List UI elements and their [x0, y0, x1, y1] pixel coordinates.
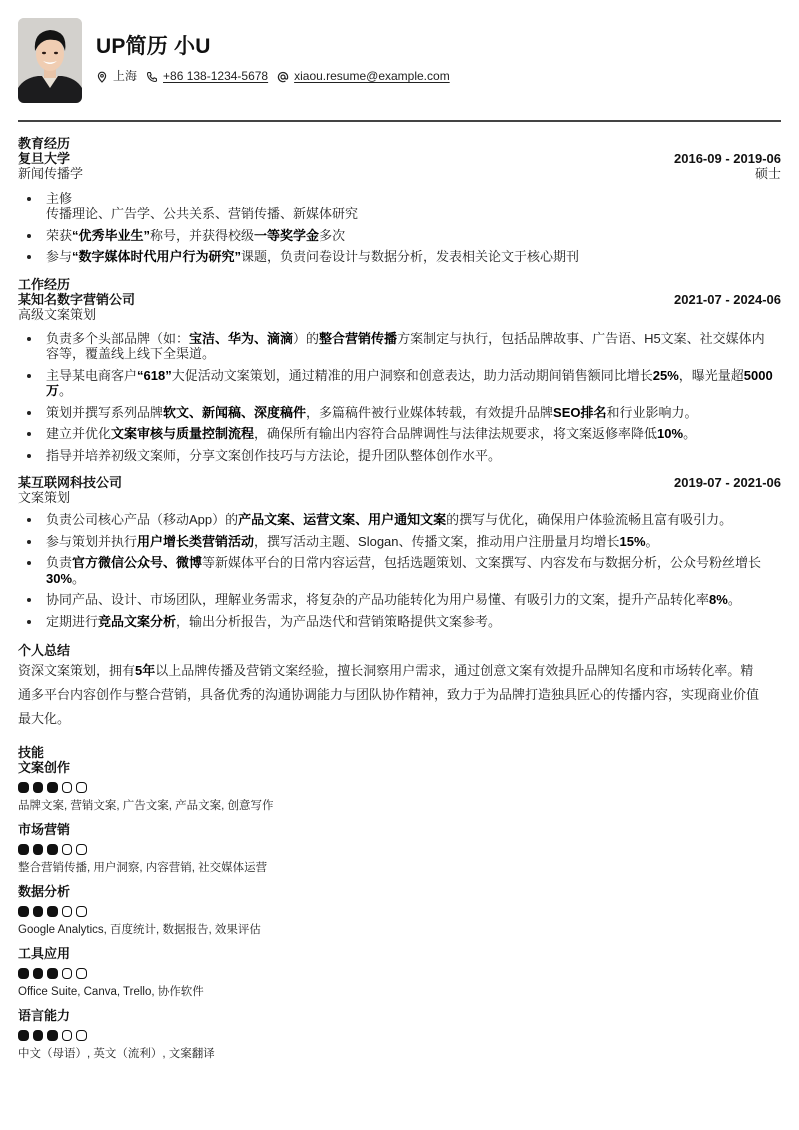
- skill-name: 市场营销: [18, 822, 781, 838]
- degree: 硕士: [755, 166, 781, 181]
- text-run: ，确保所有输出内容符合品牌调性与法律法规要求，将文案返修率降低: [254, 426, 657, 441]
- filled-dot-icon: [18, 1030, 29, 1041]
- text-run: 指导并培养初级文案师，分享文案创作技巧与方法论，提升团队整体创作水平。: [46, 448, 501, 463]
- text-run: ，曝光量超: [679, 368, 744, 383]
- emphasis-text: 8%: [709, 592, 728, 607]
- empty-dot-icon: [62, 782, 73, 793]
- empty-dot-icon: [62, 844, 73, 855]
- filled-dot-icon: [18, 844, 29, 855]
- filled-dot-icon: [33, 1030, 44, 1041]
- empty-dot-icon: [76, 968, 87, 979]
- work-section: 工作经历 某知名数字营销公司 2021-07 - 2024-06 高级文案策划 …: [18, 277, 781, 630]
- contact-email: xiaou.resume@example.com: [277, 69, 450, 85]
- work-dates: 2019-07 - 2021-06: [674, 475, 781, 490]
- text-run: 策划并撰写系列品牌: [46, 405, 163, 420]
- company-name: 某互联网科技公司: [18, 475, 122, 490]
- text-run: 的撰写与优化，确保用户体验流畅且富有吸引力。: [446, 512, 732, 527]
- section-title-education: 教育经历: [18, 136, 781, 151]
- text-run: 多次: [319, 228, 345, 243]
- work-bullets: 负责公司核心产品（移动App）的产品文案、运营文案、用户通知文案的撰写与优化，确…: [18, 512, 781, 629]
- contact-phone: +86 138-1234-5678: [146, 69, 268, 85]
- filled-dot-icon: [33, 968, 44, 979]
- contact-list: 上海 +86 138-1234-5678 xiaou.resume@exampl…: [96, 69, 459, 85]
- text-run: 荣获: [46, 228, 72, 243]
- summary-text: 资深文案策划，拥有5年以上品牌传播及营销文案经验，擅长洞察用户需求，通过创意文案…: [18, 659, 781, 731]
- work-bullets: 负责多个头部品牌（如：宝洁、华为、滴滴）的整合营销传播方案制定与执行，包括品牌故…: [18, 331, 781, 464]
- text-run: 。: [728, 592, 741, 607]
- header-divider: [18, 120, 781, 122]
- skill-keywords: 整合营销传播, 用户洞察, 内容营销, 社交媒体运营: [18, 861, 781, 875]
- phone-link[interactable]: +86 138-1234-5678: [163, 69, 268, 85]
- text-run: 称号，并获得校级: [150, 228, 254, 243]
- education-bullets: 主修传播理论、广告学、公共关系、营销传播、新媒体研究荣获“优秀毕业生”称号，并获…: [18, 191, 781, 265]
- skill-item: 文案创作品牌文案, 营销文案, 广告文案, 产品文案, 创意写作: [18, 760, 781, 813]
- candidate-name: UP简历 小U: [96, 34, 459, 60]
- work-entry: 某知名数字营销公司 2021-07 - 2024-06 高级文案策划 负责多个头…: [18, 292, 781, 464]
- filled-dot-icon: [18, 968, 29, 979]
- text-run: 主导某电商客户: [46, 368, 137, 383]
- text-run: 等新媒体平台的日常内容运营，包括选题策划、文案撰写、内容发布与数据分析，公众号粉…: [202, 555, 761, 570]
- education-entry: 复旦大学 2016-09 - 2019-06 新闻传播学 硕士 主修传播理论、广…: [18, 151, 781, 265]
- filled-dot-icon: [47, 782, 58, 793]
- text-run: 。: [683, 426, 696, 441]
- emphasis-text: 25%: [653, 368, 679, 383]
- contact-location: 上海: [96, 69, 137, 85]
- skill-keywords: 品牌文案, 营销文案, 广告文案, 产品文案, 创意写作: [18, 799, 781, 813]
- skill-item: 语言能力中文（母语）, 英文（流利）, 文案翻译: [18, 1008, 781, 1061]
- bullet-item: 指导并培养初级文案师，分享文案创作技巧与方法论，提升团队整体创作水平。: [18, 448, 781, 464]
- skill-keywords: 中文（母语）, 英文（流利）, 文案翻译: [18, 1047, 781, 1061]
- bullet-item: 荣获“优秀毕业生”称号，并获得校级一等奖学金多次: [18, 228, 781, 244]
- skill-item: 数据分析Google Analytics, 百度统计, 数据报告, 效果评估: [18, 884, 781, 937]
- bullet-item: 负责多个头部品牌（如：宝洁、华为、滴滴）的整合营销传播方案制定与执行，包括品牌故…: [18, 331, 781, 362]
- section-title-skills: 技能: [18, 745, 781, 760]
- text-run: 资深文案策划，拥有: [18, 663, 135, 678]
- emphasis-text: 整合营销传播: [319, 331, 397, 346]
- text-run: 负责: [46, 555, 72, 570]
- skill-keywords: Google Analytics, 百度统计, 数据报告, 效果评估: [18, 923, 781, 937]
- filled-dot-icon: [47, 844, 58, 855]
- empty-dot-icon: [62, 1030, 73, 1041]
- education-dates: 2016-09 - 2019-06: [674, 151, 781, 166]
- emphasis-text: 一等奖学金: [254, 228, 319, 243]
- bullet-detail: 传播理论、广告学、公共关系、营销传播、新媒体研究: [46, 206, 358, 221]
- avatar: [18, 18, 82, 103]
- emphasis-text: “优秀毕业生”: [72, 228, 150, 243]
- empty-dot-icon: [76, 1030, 87, 1041]
- skill-name: 文案创作: [18, 760, 781, 776]
- avatar-photo-icon: [18, 18, 82, 103]
- text-run: 负责公司核心产品（移动App）的: [46, 512, 238, 527]
- bullet-item: 主导某电商客户“618”大促活动文案策划，通过精准的用户洞察和创意表达，助力活动…: [18, 368, 781, 399]
- emphasis-text: 宝洁、华为、滴滴: [189, 331, 293, 346]
- text-run: 主修: [46, 191, 72, 206]
- emphasis-text: “618”: [137, 368, 172, 383]
- text-run: 参与: [46, 249, 72, 264]
- text-run: ，撰写活动主题、Slogan、传播文案，推动用户注册量月均增长: [254, 534, 619, 549]
- text-run: 。: [59, 383, 72, 398]
- emphasis-text: 10%: [657, 426, 683, 441]
- text-run: 协同产品、设计、市场团队，理解业务需求，将复杂的产品功能转化为用户易懂、有吸引力…: [46, 592, 709, 607]
- text-run: 负责多个头部品牌（如：: [46, 331, 189, 346]
- filled-dot-icon: [47, 968, 58, 979]
- empty-dot-icon: [62, 906, 73, 917]
- filled-dot-icon: [33, 844, 44, 855]
- at-sign-icon: [277, 71, 289, 83]
- skill-item: 市场营销整合营销传播, 用户洞察, 内容营销, 社交媒体运营: [18, 822, 781, 875]
- skill-level-rating: [18, 968, 781, 979]
- skill-level-rating: [18, 782, 781, 793]
- text-run: 参与策划并执行: [46, 534, 137, 549]
- email-link[interactable]: xiaou.resume@example.com: [294, 69, 450, 85]
- emphasis-text: “数字媒体时代用户行为研究”: [72, 249, 241, 264]
- work-dates: 2021-07 - 2024-06: [674, 292, 781, 307]
- filled-dot-icon: [47, 1030, 58, 1041]
- empty-dot-icon: [76, 782, 87, 793]
- emphasis-text: 产品文案、运营文案、用户通知文案: [238, 512, 446, 527]
- section-title-summary: 个人总结: [18, 643, 781, 658]
- map-pin-icon: [96, 71, 108, 83]
- skills-list: 文案创作品牌文案, 营销文案, 广告文案, 产品文案, 创意写作市场营销整合营销…: [18, 760, 781, 1061]
- bullet-item: 负责官方微信公众号、微博等新媒体平台的日常内容运营，包括选题策划、文案撰写、内容…: [18, 555, 781, 586]
- skill-name: 语言能力: [18, 1008, 781, 1024]
- skill-name: 数据分析: [18, 884, 781, 900]
- filled-dot-icon: [18, 906, 29, 917]
- text-run: 。: [646, 534, 659, 549]
- text-run: 定期进行: [46, 614, 98, 629]
- emphasis-text: 用户增长类营销活动: [137, 534, 254, 549]
- skill-level-rating: [18, 844, 781, 855]
- emphasis-text: 官方微信公众号、微博: [72, 555, 202, 570]
- bullet-item: 协同产品、设计、市场团队，理解业务需求，将复杂的产品功能转化为用户易懂、有吸引力…: [18, 592, 781, 608]
- education-section: 教育经历 复旦大学 2016-09 - 2019-06 新闻传播学 硕士 主修传…: [18, 136, 781, 265]
- emphasis-text: 15%: [620, 534, 646, 549]
- school-name: 复旦大学: [18, 151, 70, 166]
- emphasis-text: 文案审核与质量控制流程: [111, 426, 254, 441]
- skill-level-rating: [18, 906, 781, 917]
- phone-icon: [146, 71, 158, 83]
- resume-page: UP简历 小U 上海 +86 138-1234-5678: [0, 0, 799, 1061]
- text-run: 课题，负责问卷设计与数据分析，发表相关论文于核心期刊: [241, 249, 579, 264]
- major: 新闻传播学: [18, 166, 83, 181]
- text-run: 。: [72, 571, 85, 586]
- job-role: 高级文案策划: [18, 307, 781, 322]
- summary-section: 个人总结 资深文案策划，拥有5年以上品牌传播及营销文案经验，擅长洞察用户需求，通…: [18, 643, 781, 731]
- bullet-item: 主修传播理论、广告学、公共关系、营销传播、新媒体研究: [18, 191, 781, 222]
- empty-dot-icon: [62, 968, 73, 979]
- bullet-item: 定期进行竞品文案分析，输出分析报告，为产品迭代和营销策略提供文案参考。: [18, 614, 781, 630]
- empty-dot-icon: [76, 906, 87, 917]
- filled-dot-icon: [33, 782, 44, 793]
- bullet-item: 建立并优化文案审核与质量控制流程，确保所有输出内容符合品牌调性与法律法规要求，将…: [18, 426, 781, 442]
- filled-dot-icon: [18, 782, 29, 793]
- skill-level-rating: [18, 1030, 781, 1041]
- emphasis-text: SEO排名: [553, 405, 606, 420]
- bullet-item: 负责公司核心产品（移动App）的产品文案、运营文案、用户通知文案的撰写与优化，确…: [18, 512, 781, 528]
- emphasis-text: 软文、新闻稿、深度稿件: [163, 405, 306, 420]
- section-title-work: 工作经历: [18, 277, 781, 292]
- emphasis-text: 5年: [135, 663, 155, 678]
- header-info: UP简历 小U 上海 +86 138-1234-5678: [96, 18, 459, 85]
- emphasis-text: 竞品文案分析: [98, 614, 176, 629]
- text-run: ）的: [293, 331, 319, 346]
- text-run: ，多篇稿件被行业媒体转载，有效提升品牌: [306, 405, 553, 420]
- work-entry: 某互联网科技公司 2019-07 - 2021-06 文案策划 负责公司核心产品…: [18, 475, 781, 629]
- text-run: 建立并优化: [46, 426, 111, 441]
- filled-dot-icon: [33, 906, 44, 917]
- text-run: ，输出分析报告，为产品迭代和营销策略提供文案参考。: [176, 614, 501, 629]
- skill-name: 工具应用: [18, 946, 781, 962]
- skills-section: 技能 文案创作品牌文案, 营销文案, 广告文案, 产品文案, 创意写作市场营销整…: [18, 745, 781, 1061]
- location-text: 上海: [113, 69, 137, 85]
- bullet-item: 参与“数字媒体时代用户行为研究”课题，负责问卷设计与数据分析，发表相关论文于核心…: [18, 249, 781, 265]
- company-name: 某知名数字营销公司: [18, 292, 135, 307]
- filled-dot-icon: [47, 906, 58, 917]
- bullet-item: 策划并撰写系列品牌软文、新闻稿、深度稿件，多篇稿件被行业媒体转载，有效提升品牌S…: [18, 405, 781, 421]
- job-role: 文案策划: [18, 490, 781, 505]
- skill-item: 工具应用Office Suite, Canva, Trello, 协作软件: [18, 946, 781, 999]
- empty-dot-icon: [76, 844, 87, 855]
- skill-keywords: Office Suite, Canva, Trello, 协作软件: [18, 985, 781, 999]
- text-run: 和行业影响力。: [607, 405, 698, 420]
- emphasis-text: 30%: [46, 571, 72, 586]
- bullet-item: 参与策划并执行用户增长类营销活动，撰写活动主题、Slogan、传播文案，推动用户…: [18, 534, 781, 550]
- resume-header: UP简历 小U 上海 +86 138-1234-5678: [18, 18, 781, 104]
- text-run: 大促活动文案策划，通过精准的用户洞察和创意表达，助力活动期间销售额同比增长: [172, 368, 653, 383]
